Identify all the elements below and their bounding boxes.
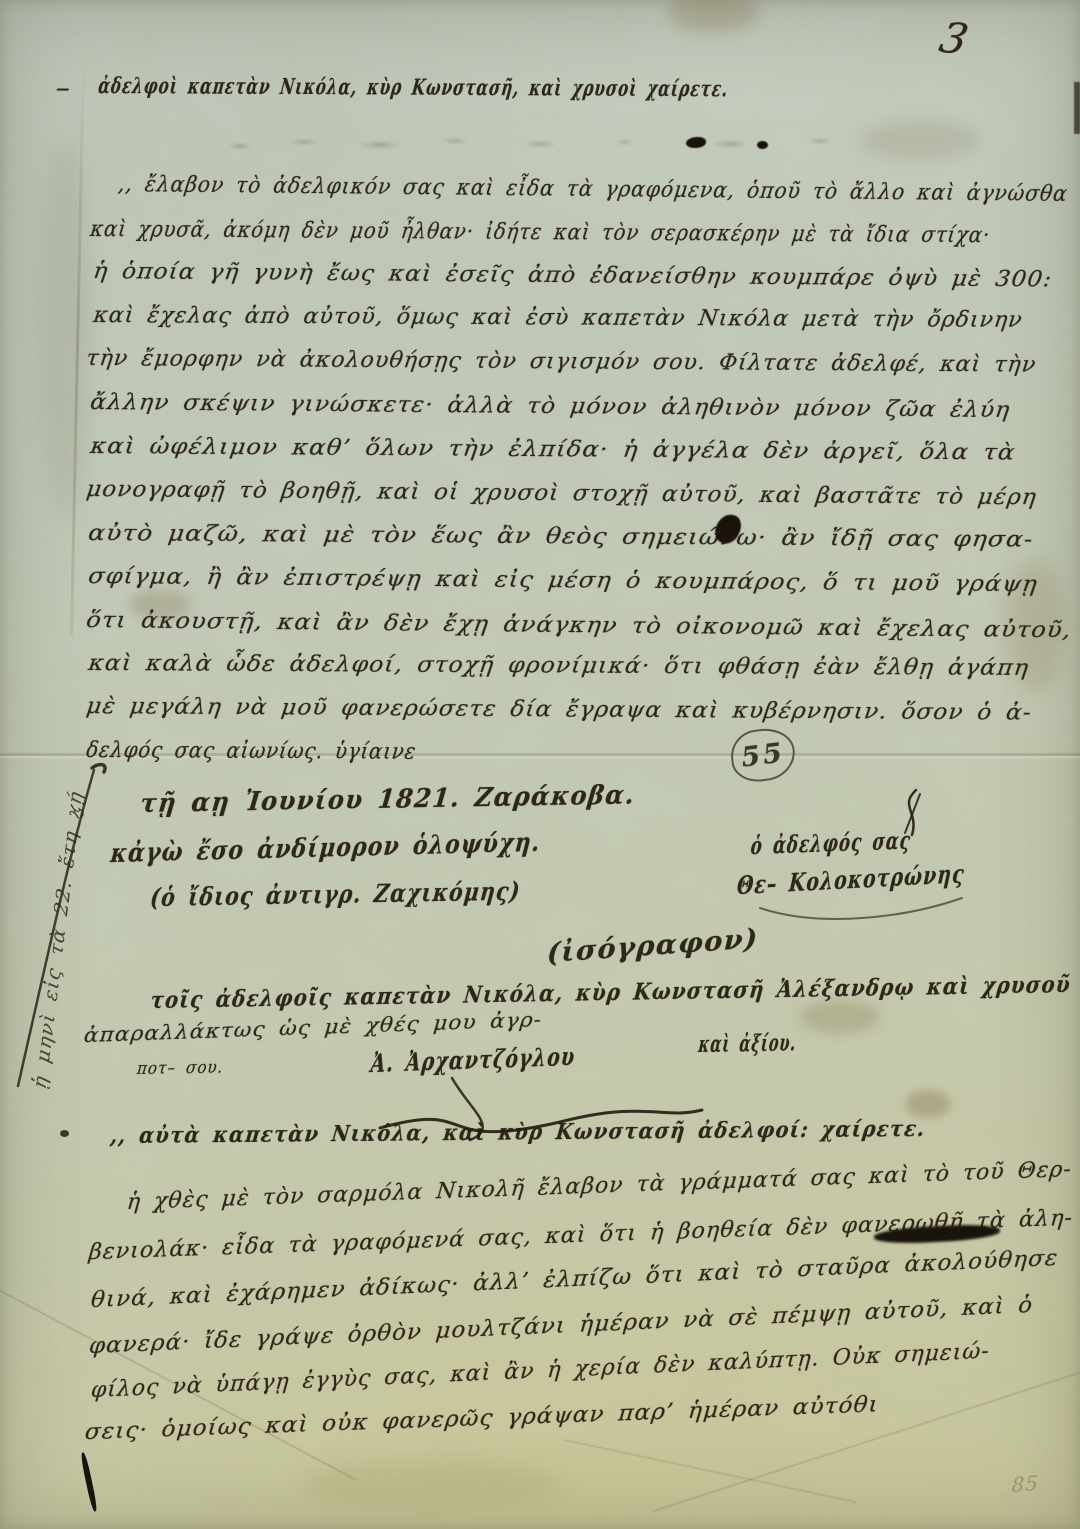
copy-heading: (ἰσόγραφον): [546, 923, 759, 969]
vertical-crease: [70, 55, 85, 635]
salutation-line: ἀδελφοὶ καπετὰν Νικόλα, κὺρ Κωνστασῆ, κα…: [97, 74, 730, 103]
body-line: τὴν ἔμορφην νὰ ἀκολουθήσῃς τὸν σιγισμόν …: [85, 346, 1038, 378]
signature-title: ὁ ἀδελφός σας: [750, 826, 913, 859]
edge-mark: [60, 1130, 69, 1137]
body-line: σφίγμα, ἢ ἂν ἐπιστρέψῃ καὶ εἰς μέση ὁ κο…: [87, 564, 1040, 598]
body-line: καὶ χρυσᾶ, ἀκόμη δὲν μοῦ ἦλθαν· ἰδήτε κα…: [89, 217, 992, 249]
address-line: καὶ ἀξίου.: [697, 1030, 798, 1058]
salutation-line: ,, αὐτὰ καπετὰν Νικόλα, καὶ κὺρ Κωνστασῆ…: [109, 1117, 927, 1149]
date-line: τῇ αῃ Ἰουνίου 1821. Ζαράκοβα.: [139, 781, 637, 820]
archive-stamp-circle: 55: [728, 725, 798, 784]
body-line: καὶ καλὰ ὧδε ἀδελφοί, στοχῇ φρονίμικά· ὅ…: [87, 651, 1031, 681]
corner-mark: 85: [1011, 1472, 1039, 1498]
margin-note-rotated: ᾑ μηνὶ εἰς τὰ 22. ἔτη ϗῄ: [30, 789, 88, 1092]
diagonal-crease: [563, 1439, 857, 1503]
body-line: ὅτι ἀκουστῇ, καὶ ἂν δὲν ἔχῃ ἀνάγκην τὸ ο…: [85, 608, 1074, 644]
manuscript-page: 55 3–ἀδελφοὶ καπετὰν Νικόλα, κὺρ Κωνστασ…: [0, 0, 1080, 1529]
margin-dash: –: [54, 72, 73, 104]
edge-mark: [1074, 82, 1080, 134]
signature-name: Ἀ. Ἀρχαντζόγλου: [369, 1043, 576, 1079]
signature-name: Θε– Κολοκοτρώνης: [736, 860, 966, 901]
stain: [800, 1000, 880, 1034]
body-line: σεις· ὁμοίως καὶ οὐκ φανερῶς γράψαν παρ’…: [84, 1392, 880, 1445]
body-line: αὐτὸ μαζῶ, καὶ μὲ τὸν ἕως ἂν θεὸς σημειώ…: [87, 521, 1035, 553]
archive-stamp-number: 55: [739, 737, 786, 773]
address-line: τοῖς ἀδελφοῖς καπετὰν Νικόλα, κὺρ Κωνστα…: [149, 972, 1072, 1015]
pen-stroke: [80, 1452, 98, 1512]
stain: [668, 0, 758, 32]
page-number: 3: [935, 14, 974, 64]
body-line: δελφός σας αἰωνίως. ὑγίαινε: [85, 738, 418, 765]
closing-line: κἀγὼ ἔσο ἀνδίμορον ὁλοψύχη.: [109, 829, 542, 870]
body-line: ἡ ὁποία γῆ γυνὴ ἔως καὶ ἐσεῖς ἀπὸ ἐδανεί…: [92, 259, 1054, 293]
body-line: μονογραφῇ τὸ βοηθῇ, καὶ οἱ χρυσοὶ στοχῇ …: [85, 477, 1039, 511]
body-line: ἡ χθὲς μὲ τὸν σαρμόλα Νικολῆ ἔλαβον τὰ γ…: [126, 1157, 1073, 1215]
body-line: ,, ἔλαβον τὸ ἀδελφικόν σας καὶ εἶδα τὰ γ…: [117, 172, 1070, 207]
stain: [905, 1090, 951, 1118]
stain: [300, 1460, 560, 1510]
body-line: μὲ μεγάλη νὰ μοῦ φανερώσετε δία ἔγραψα κ…: [85, 694, 1034, 726]
body-line: καὶ ἔχελας ἀπὸ αὐτοῦ, ὅμως καὶ ἐσὺ καπετ…: [92, 303, 1025, 333]
margin-note: ποτ– σου.: [136, 1058, 224, 1079]
copyist-note: (ὁ ἴδιος ἀντιγρ. Ζαχικόμης): [149, 878, 522, 913]
stain: [40, 140, 90, 520]
ink-smudge-row: [210, 132, 890, 156]
body-line: καὶ ὠφέλιμον καθ’ ὅλων τὴν ἐλπίδα· ἡ ἀγγ…: [89, 434, 1017, 466]
body-line: ἄλλην σκέψιν γινώσκετε· ἀλλὰ τὸ μόνον ἀλ…: [89, 390, 1012, 423]
